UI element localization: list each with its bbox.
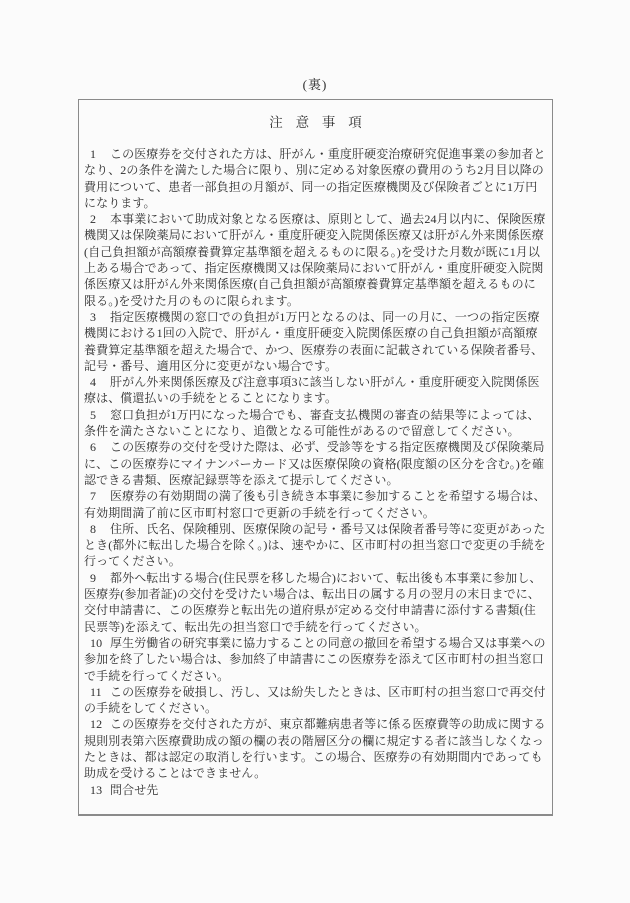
note-item-text: 住所、氏名、保険種別、医療保険の記号・番号又は保険者番号等に変更があったとき(都… — [84, 522, 546, 569]
note-item-11: 11この医療券を破損し、汚し、又は紛失したときは、区市町村の担当窓口で再交付の手… — [84, 684, 546, 717]
notes-list: 1この医療券を交付された方は、肝がん・重度肝硬変治療研究促進事業の参加者となり、… — [79, 146, 552, 798]
note-item-text: 厚生労働省の研究事業に協力することの同意の撤回を希望する場合又は事業への参加を終… — [84, 636, 546, 683]
note-item-8: 8住所、氏名、保険種別、医療保険の記号・番号又は保険者番号等に変更があったとき(… — [84, 521, 546, 570]
note-item-10: 10厚生労働省の研究事業に協力することの同意の撤回を希望する場合又は事業への参加… — [84, 635, 546, 684]
note-item-text: 都外へ転出する場合(住民票を移した場合)において、転出後も本事業に参加し、医療券… — [84, 571, 541, 634]
note-item-text: 本事業において助成対象となる医療は、原則として、過去24月以内に、保険医療機関又… — [84, 212, 545, 307]
note-item-text: 指定医療機関の窓口での負担が1万円となるのは、同一の月に、一つの指定医療機関にお… — [84, 310, 543, 373]
note-item-text: 問合せ先 — [110, 783, 158, 797]
note-item-number: 5 — [84, 407, 110, 423]
note-item-9: 9都外へ転出する場合(住民票を移した場合)において、転出後も本事業に参加し、医療… — [84, 570, 546, 635]
note-item-5: 5窓口負担が1万円になった場合でも、審査支払機関の審査の結果等によっては、条件を… — [84, 407, 546, 440]
note-item-text: 肝がん外来関係医療及び注意事項3に該当しない肝がん・重度肝硬変入院関係医療は、償… — [84, 375, 540, 405]
note-item-1: 1この医療券を交付された方は、肝がん・重度肝硬変治療研究促進事業の参加者となり、… — [84, 146, 546, 211]
note-item-text: 窓口負担が1万円になった場合でも、審査支払機関の審査の結果等によっては、条件を満… — [84, 408, 540, 438]
note-item-12: 12この医療券を交付された方が、東京都難病患者等に係る医療費等の助成に関する規則… — [84, 716, 546, 781]
note-item-number: 8 — [84, 521, 110, 537]
note-item-4: 4肝がん外来関係医療及び注意事項3に該当しない肝がん・重度肝硬変入院関係医療は、… — [84, 374, 546, 407]
note-item-number: 1 — [84, 146, 110, 162]
note-item-3: 3指定医療機関の窓口での負担が1万円となるのは、同一の月に、一つの指定医療機関に… — [84, 309, 546, 374]
note-item-number: 4 — [84, 374, 110, 390]
note-item-number: 2 — [84, 211, 110, 227]
note-item-text: 医療券の有効期間の満了後も引き続き本事業に参加することを希望する場合は、有効期間… — [84, 489, 546, 519]
note-item-text: この医療券の交付を受けた際は、必ず、受診等をする指定医療機関及び保険薬局に、この… — [84, 440, 545, 487]
notes-title: 注 意 事 項 — [79, 115, 552, 131]
note-item-text: この医療券を破損し、汚し、又は紛失したときは、区市町村の担当窓口で再交付の手続を… — [84, 685, 546, 715]
page-side-label: (裏) — [0, 77, 630, 92]
note-item-text: この医療券を交付された方が、東京都難病患者等に係る医療費等の助成に関する規則別表… — [84, 717, 546, 780]
note-item-number: 11 — [84, 684, 110, 700]
note-item-13: 13問合せ先 — [84, 782, 546, 798]
note-item-6: 6この医療券の交付を受けた際は、必ず、受診等をする指定医療機関及び保険薬局に、こ… — [84, 439, 546, 488]
note-item-2: 2本事業において助成対象となる医療は、原則として、過去24月以内に、保険医療機関… — [84, 211, 546, 309]
note-item-number: 9 — [84, 570, 110, 586]
note-item-7: 7医療券の有効期間の満了後も引き続き本事業に参加することを希望する場合は、有効期… — [84, 488, 546, 521]
note-item-number: 12 — [84, 716, 110, 732]
note-item-number: 10 — [84, 635, 110, 651]
note-item-number: 3 — [84, 309, 110, 325]
notes-box: 注 意 事 項 1この医療券を交付された方は、肝がん・重度肝硬変治療研究促進事業… — [78, 99, 553, 816]
note-item-number: 6 — [84, 439, 110, 455]
document-page: (裏) 注 意 事 項 1この医療券を交付された方は、肝がん・重度肝硬変治療研究… — [0, 0, 630, 903]
note-item-number: 7 — [84, 488, 110, 504]
note-item-text: この医療券を交付された方は、肝がん・重度肝硬変治療研究促進事業の参加者となり、2… — [84, 147, 546, 210]
note-item-number: 13 — [84, 782, 110, 798]
